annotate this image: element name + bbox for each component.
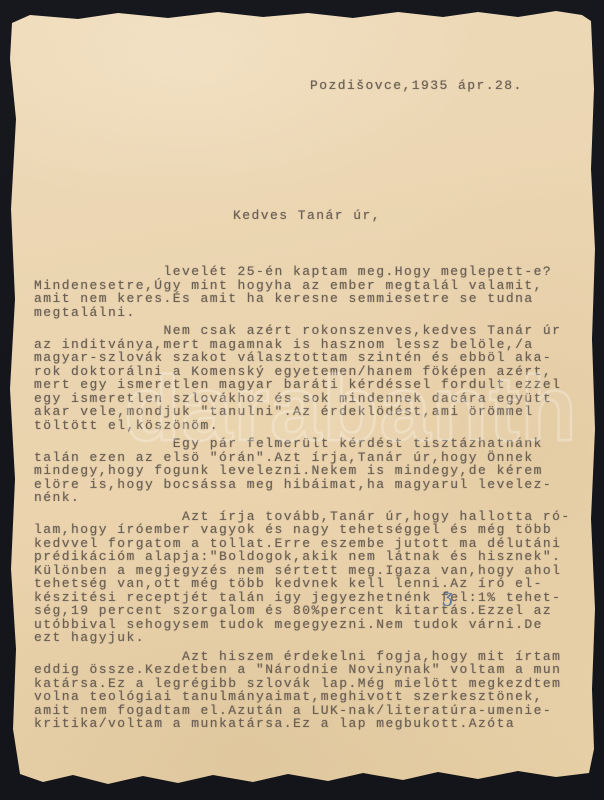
photo-background: Pozdišovce,1935 ápr.28. Kedves Tanár úr,… (0, 0, 604, 800)
letter-body: levelét 25-én kaptam meg.Hogy meglepett-… (34, 265, 594, 736)
dateline: Pozdišovce,1935 ápr.28. (310, 78, 523, 93)
paragraph-4: Azt írja tovább,Tanár úr,hogy hallotta r… (34, 510, 594, 645)
paragraph-2: Nem csak azért rokonszenves,kedves Tanár… (34, 324, 594, 432)
paragraph-3: Egy pár felmerült kérdést tisztázhatnánk… (34, 437, 594, 505)
salutation: Kedves Tanár úr, (233, 208, 381, 223)
paragraph-1: levelét 25-én kaptam meg.Hogy meglepett-… (34, 265, 594, 319)
letter-paper: Pozdišovce,1935 ápr.28. Kedves Tanár úr,… (8, 9, 596, 788)
paragraph-5: Azt hiszem érdekelni fogja,hogy mit írta… (34, 650, 594, 731)
